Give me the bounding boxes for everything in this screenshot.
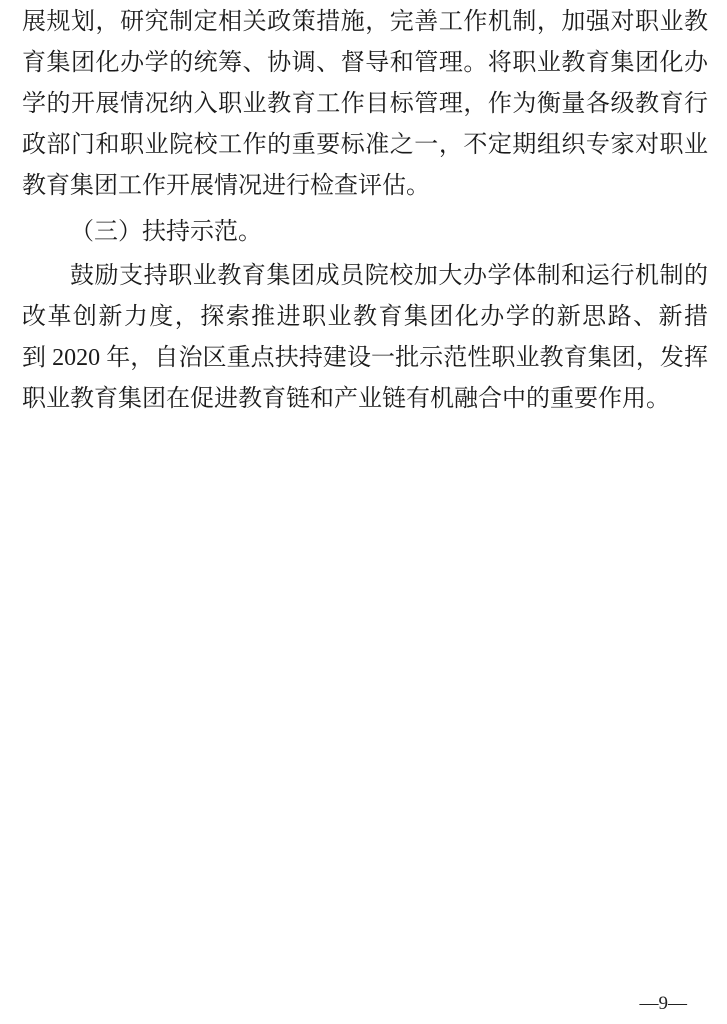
section-heading: （三）扶持示范。 bbox=[22, 212, 708, 253]
text-line: 政部门和职业院校工作的重要标准之一，不定期组织专家对职业 bbox=[22, 125, 708, 166]
text-line: 育集团化办学的统筹、协调、督导和管理。将职业教育集团化办 bbox=[22, 43, 708, 84]
text-line: 展规划，研究制定相关政策措施，完善工作机制，加强对职业教 bbox=[22, 2, 708, 43]
text-line: 改革创新力度，探索推进职业教育集团化办学的新思路、新措施。 bbox=[22, 297, 708, 338]
page-number: —9— bbox=[640, 993, 688, 1015]
text-line: 学的开展情况纳入职业教育工作目标管理，作为衡量各级教育行 bbox=[22, 84, 708, 125]
text-line: 到 2020 年，自治区重点扶持建设一批示范性职业教育集团，发挥 bbox=[22, 338, 708, 379]
text-line: 教育集团工作开展情况进行检查评估。 bbox=[22, 166, 708, 207]
body-paragraph-continued: 展规划，研究制定相关政策措施，完善工作机制，加强对职业教 育集团化办学的统筹、协… bbox=[22, 2, 708, 207]
text-line: 职业教育集团在促进教育链和产业链有机融合中的重要作用。 bbox=[22, 379, 708, 420]
body-paragraph: 鼓励支持职业教育集团成员院校加大办学体制和运行机制的 改革创新力度，探索推进职业… bbox=[22, 256, 708, 420]
document-body: 展规划，研究制定相关政策措施，完善工作机制，加强对职业教 育集团化办学的统筹、协… bbox=[22, 2, 708, 420]
section-heading-text: （三）扶持示范。 bbox=[22, 212, 708, 253]
text-line: 鼓励支持职业教育集团成员院校加大办学体制和运行机制的 bbox=[22, 256, 708, 297]
document-page: 展规划，研究制定相关政策措施，完善工作机制，加强对职业教 育集团化办学的统筹、协… bbox=[0, 0, 727, 1024]
